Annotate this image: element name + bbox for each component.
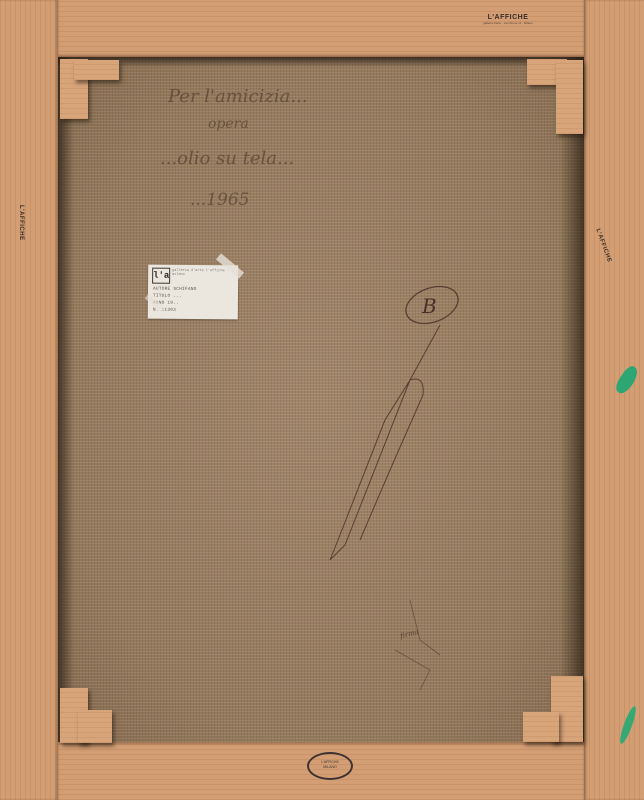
corner-key-top-left-2: [74, 60, 119, 80]
stretcher-bar-right: [584, 0, 644, 800]
label-author: AUTORE SCHIFANO: [153, 287, 197, 292]
label-title: TITOLO ...: [153, 294, 182, 299]
circled-letter-b: B: [421, 294, 437, 318]
oval-stamp: L'AFFICHE MILANO: [307, 752, 353, 780]
gallery-logo: l'a: [152, 268, 170, 284]
stretcher-bar-left: [0, 0, 58, 800]
stamp-left-bar: L'AFFICHE: [18, 205, 24, 241]
stretcher-bar-top: [58, 0, 584, 57]
oval-stamp-line-2: MILANO: [309, 765, 351, 770]
label-header: galleria d'arte l'affiche · milano: [172, 269, 234, 278]
corner-key-bottom-left-2: [78, 710, 112, 743]
stamp-top-title: L'AFFICHE: [468, 14, 548, 21]
painting-back-photo: Per l'amicizia... opera ...olio su tela.…: [0, 0, 644, 800]
stamp-top-sub: galleria d'arte · via Nirone 11 · Milano: [468, 21, 548, 25]
pencil-sketch: B: [0, 0, 644, 800]
stamp-top-bar: L'AFFICHE galleria d'arte · via Nirone 1…: [468, 14, 548, 25]
corner-key-bottom-right-2: [523, 712, 559, 742]
corner-key-top-right-2: [556, 60, 583, 134]
